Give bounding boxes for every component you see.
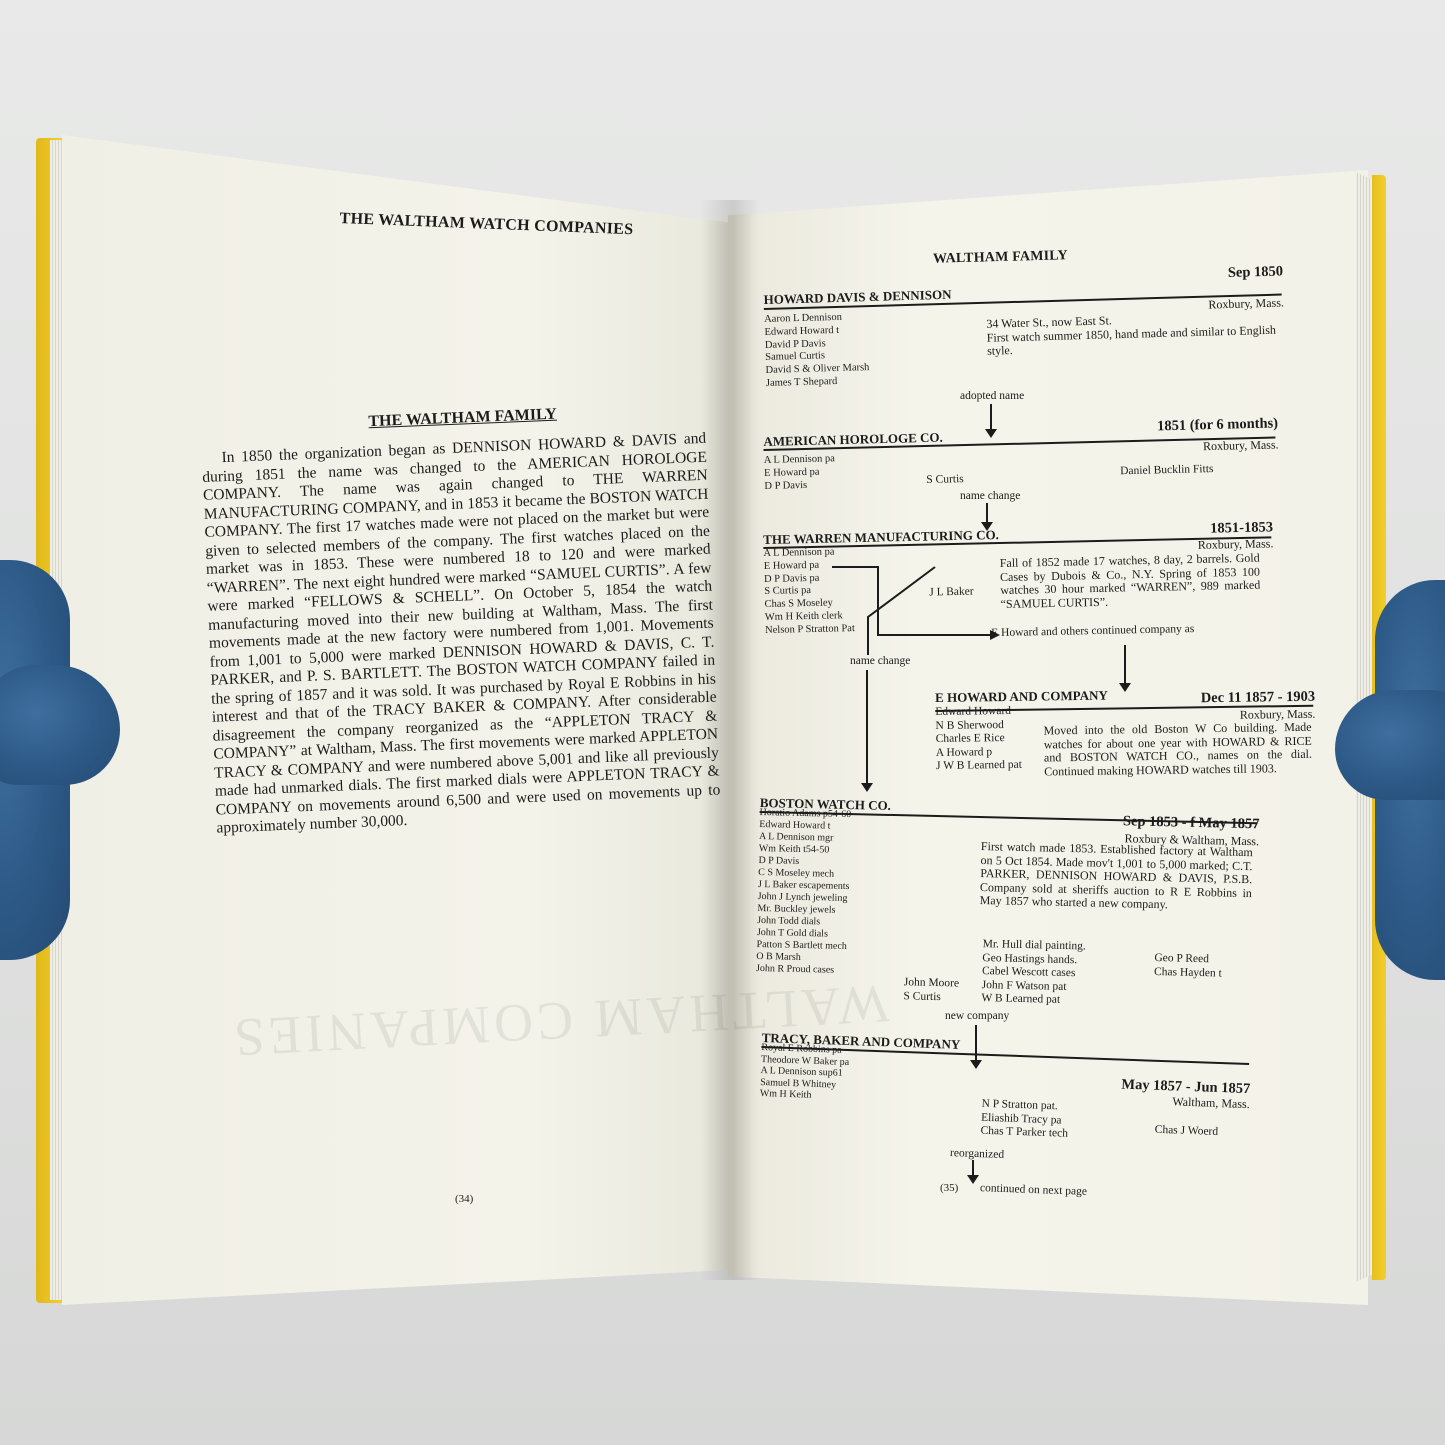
person: S Curtis xyxy=(903,990,959,1005)
transition-label: name change xyxy=(960,490,1020,502)
entity-location: Roxbury, Mass. xyxy=(1203,437,1279,454)
arrow-down-icon xyxy=(866,670,868,790)
more-people-list: N P Stratton pat. Eliashib Tracy pa Chas… xyxy=(980,1098,1069,1142)
arrow-down-icon xyxy=(1124,645,1126,690)
right-gloved-thumb xyxy=(1335,690,1445,800)
arrow-down-icon xyxy=(972,1160,974,1182)
person: S Curtis xyxy=(926,473,964,486)
people-list: A L Dennison pa E Howard pa D P Davis xyxy=(764,453,836,493)
right-people-list: Geo P Reed Chas Hayden t xyxy=(1154,952,1222,981)
entity-date: 1851-1853 xyxy=(1210,519,1273,537)
person: John R Proud cases xyxy=(756,963,848,977)
person: Chas Hayden t xyxy=(1154,965,1222,980)
left-page-number: (34) xyxy=(455,1193,473,1205)
person: J W B Learned pat xyxy=(936,759,1022,774)
entity-location: Waltham, Mass. xyxy=(1172,1094,1250,1112)
people-list: Aaron L Dennison Edward Howard t David P… xyxy=(764,311,870,391)
body-paragraph: In 1850 the organization began as DENNIS… xyxy=(201,430,721,838)
entity-name: E HOWARD AND COMPANY xyxy=(935,688,1108,706)
entity-note: First watch made 1853. Established facto… xyxy=(980,840,1253,914)
person: James T Shepard xyxy=(766,375,870,391)
person: A Howard p xyxy=(936,745,1022,760)
people-list: Edward Howard N B Sherwood Charles E Ric… xyxy=(935,705,1022,774)
entity-tracy-baker-company: TRACY, BAKER AND COMPANY May 1857 - Jun … xyxy=(757,1030,1252,1187)
person: Charles E Rice xyxy=(936,732,1022,747)
person: W B Learned pat xyxy=(981,992,1084,1008)
transition-label: name change xyxy=(850,655,910,667)
transition-label: adopted name xyxy=(960,390,1024,402)
transition-label: reorganized xyxy=(950,1147,1004,1161)
branch-note: E Howard and others continued company as xyxy=(991,623,1194,639)
person: D P Davis xyxy=(764,479,835,494)
person: John Moore xyxy=(904,976,960,991)
transition-label: new company xyxy=(945,1010,1009,1022)
entity-american-horologe: 1851 (for 6 months) AMERICAN HOROLOGE CO… xyxy=(763,415,1280,498)
right-page-number: (35) xyxy=(940,1182,958,1194)
left-page-body: THE WALTHAM FAMILY In 1850 the organizat… xyxy=(200,400,721,838)
connector-lines xyxy=(820,555,1020,665)
person: N B Sherwood xyxy=(935,718,1021,733)
entity-e-howard-and-company: E HOWARD AND COMPANY Dec 11 1857 - 1903 … xyxy=(935,685,1316,800)
entity-note: 34 Water St., now East St. First watch s… xyxy=(986,310,1283,359)
person: Daniel Bucklin Fitts xyxy=(1120,463,1214,477)
entity-date: Sep 1853 - f May 1857 xyxy=(1123,813,1260,833)
person: A L Dennison pa xyxy=(764,453,835,468)
person: Chas T Parker tech xyxy=(980,1125,1068,1142)
bottom-people-list: John Moore S Curtis xyxy=(903,976,959,1004)
person: Chas J Woerd xyxy=(1155,1124,1219,1138)
people-list: Royal E Robbins pa Theodore W Baker pa A… xyxy=(760,1042,850,1103)
people-list: Horatio Adams p54-60 Edward Howard t A L… xyxy=(756,807,851,977)
entity-howard-davis-dennison: Sep 1850 HOWARD DAVIS & DENNISON Roxbury… xyxy=(763,263,1286,407)
entity-note: Fall of 1852 made 17 watches, 8 day, 2 b… xyxy=(1000,552,1261,611)
entity-date: Sep 1850 xyxy=(1228,263,1284,282)
person: Geo P Reed xyxy=(1154,952,1222,967)
person: Edward Howard xyxy=(935,705,1021,720)
entity-boston-watch-co: BOSTON WATCH CO. Sep 1853 - f May 1857 R… xyxy=(755,795,1260,1016)
more-people-list: Mr. Hull dial painting. Geo Hastings han… xyxy=(981,938,1086,1008)
entity-note: Moved into the old Boston W Co building.… xyxy=(1043,721,1312,779)
entity-date: 1851 (for 6 months) xyxy=(1157,415,1278,435)
